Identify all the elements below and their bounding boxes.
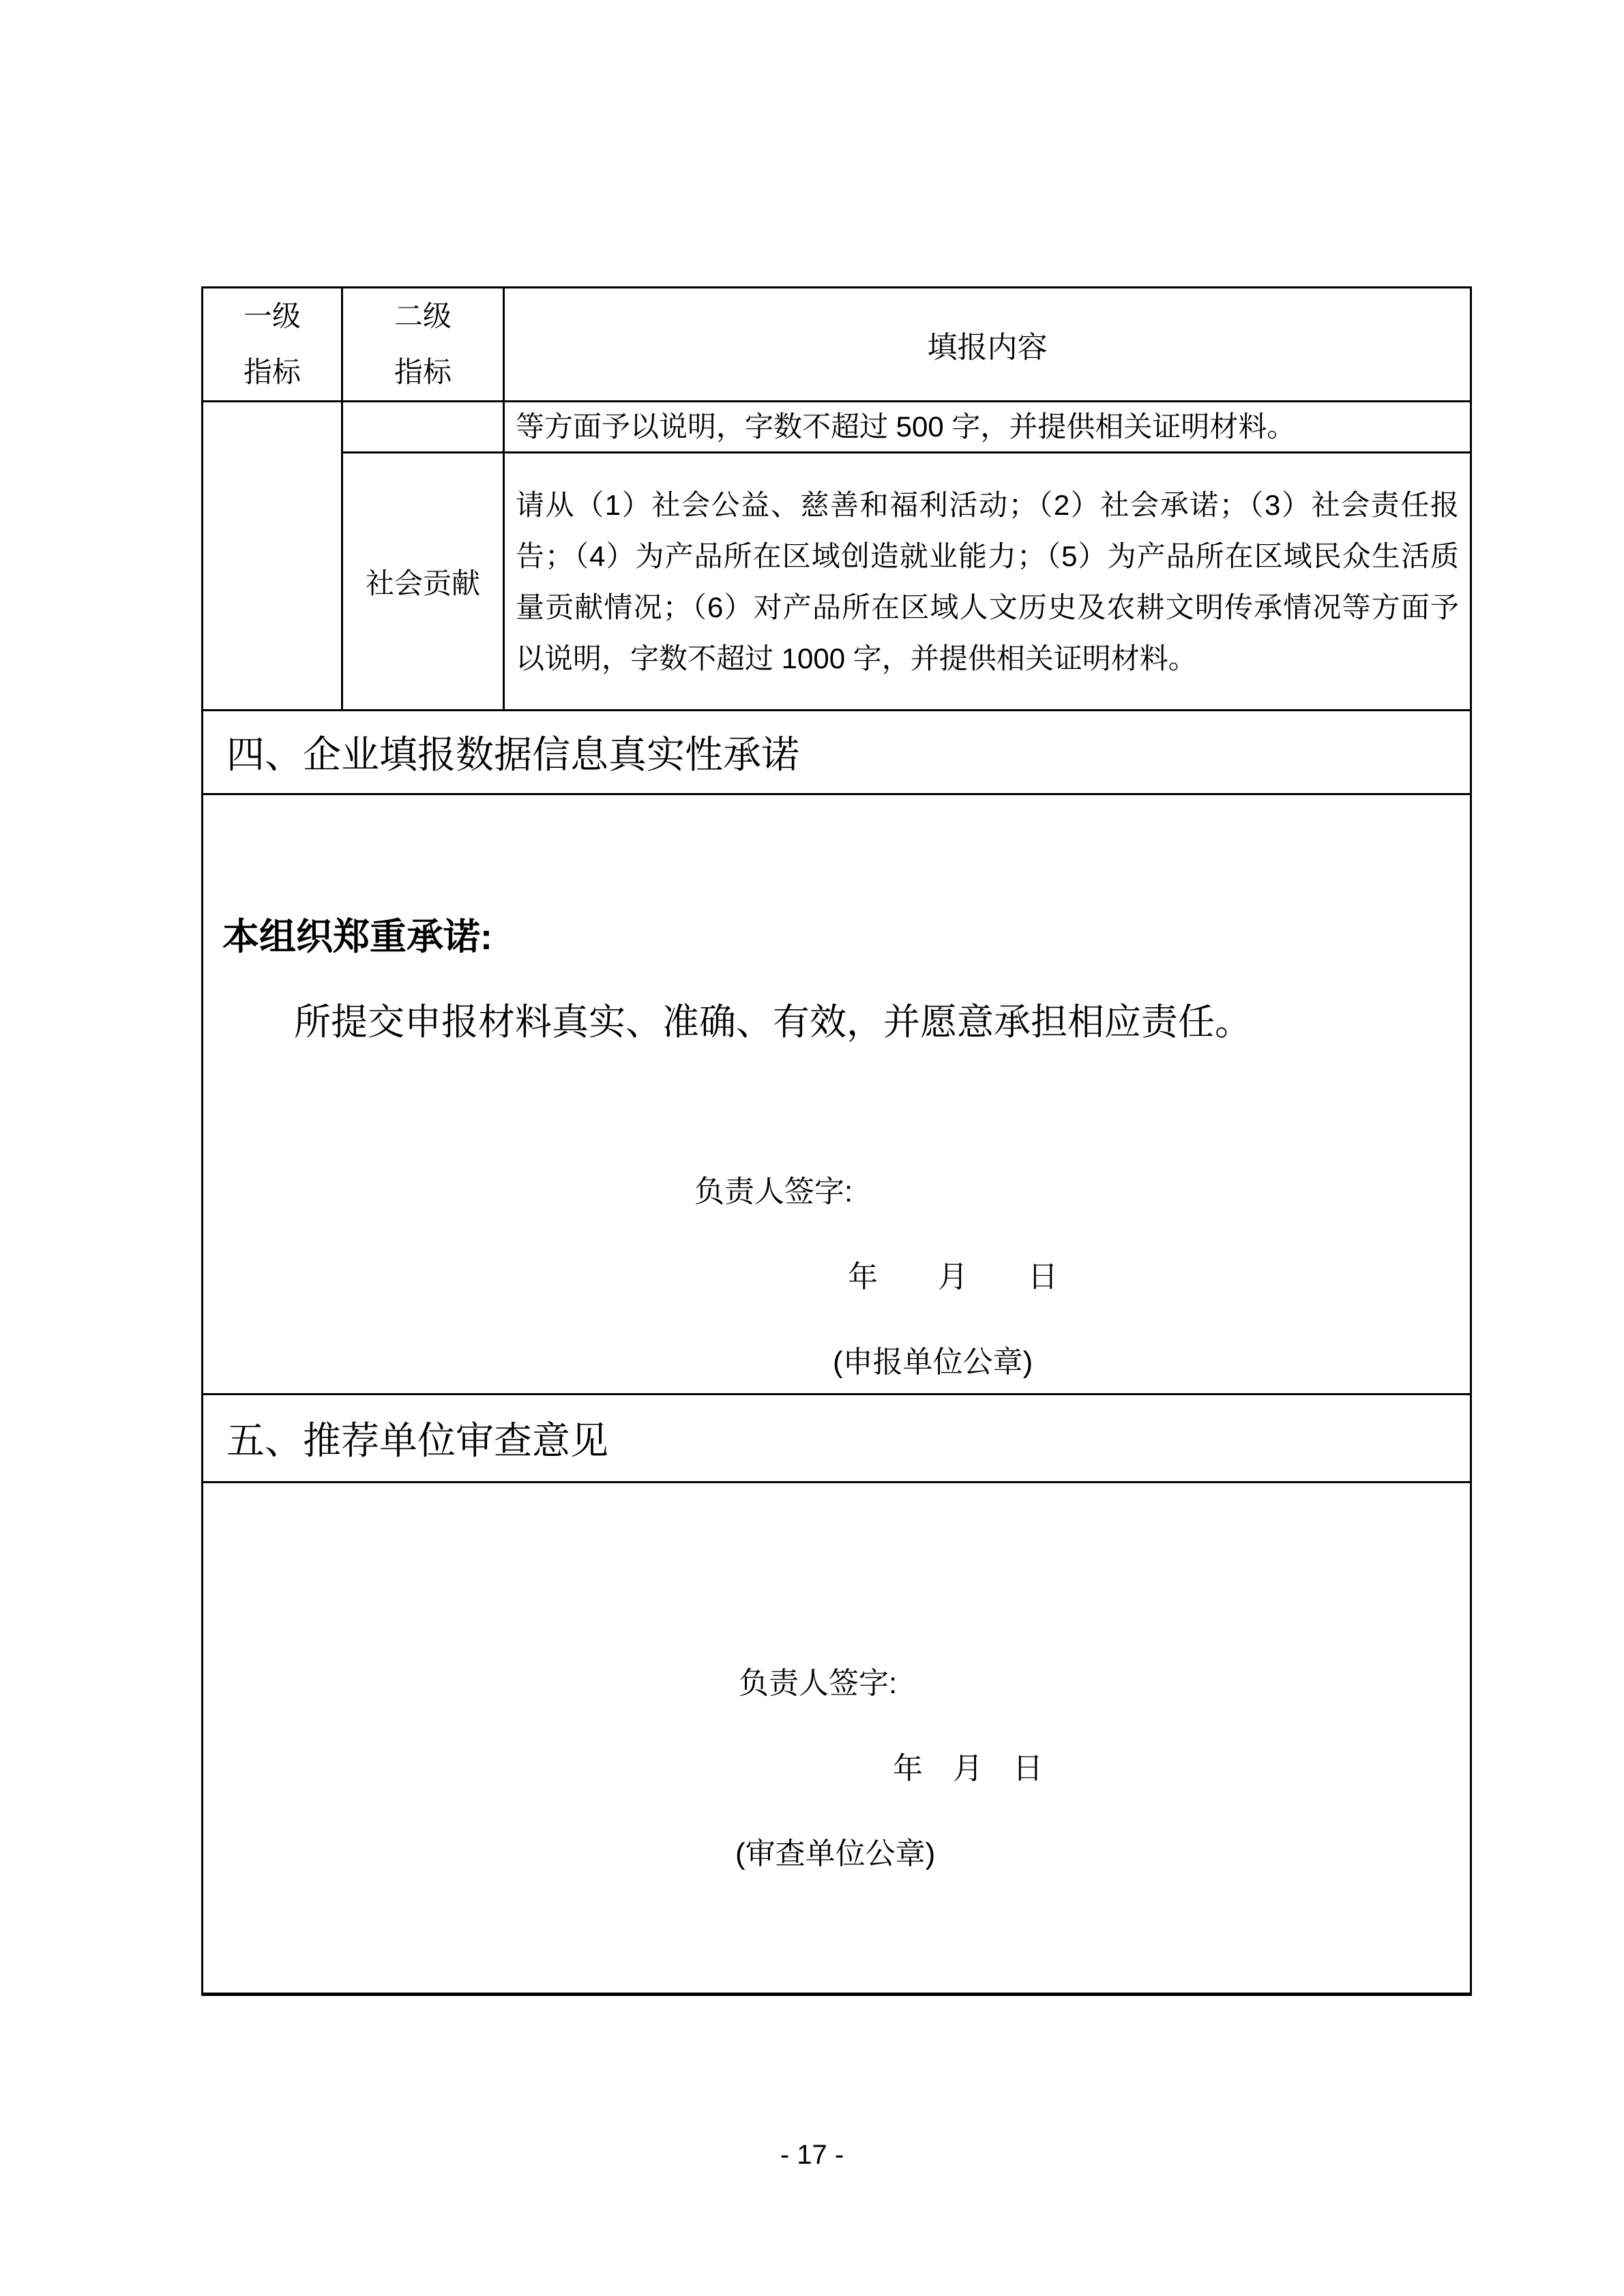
header-cell-level1: 一级 指标 — [203, 288, 342, 402]
header-level1-line1: 一级 — [203, 288, 341, 344]
header-content-label: 填报内容 — [505, 323, 1470, 366]
header-cell-level2: 二级 指标 — [342, 288, 504, 402]
promise-title: 本组织郑重承诺: — [222, 908, 492, 960]
section5-heading-row: 五、推荐单位审查意见 — [203, 1395, 1471, 1482]
signature-label: 负责人签字: — [694, 1167, 853, 1210]
content-cell: 等方面予以说明，字数不超过 500 字，并提供相关证明材料。 — [504, 402, 1471, 453]
date-line: 年 月 日 — [893, 1744, 1043, 1787]
section5-body-row: 负责人签字: 年 月 日 (审查单位公章) — [203, 1482, 1471, 1995]
content-cell: 请从（1）社会公益、慈善和福利活动；（2）社会承诺；（3）社会责任报告；（4）为… — [504, 453, 1471, 711]
table-row: 社会贡献 请从（1）社会公益、慈善和福利活动；（2）社会承诺；（3）社会责任报告… — [203, 453, 1471, 711]
section5-heading-cell: 五、推荐单位审查意见 — [203, 1395, 1471, 1482]
document-page: 一级 指标 二级 指标 填报内容 等方面予以说明，字数不超过 500 字，并提供… — [0, 0, 1624, 2296]
section5-heading: 五、推荐单位审查意见 — [203, 1411, 1470, 1465]
table-row: 等方面予以说明，字数不超过 500 字，并提供相关证明材料。 — [203, 402, 1471, 453]
page-number: - 17 - — [0, 2140, 1624, 2171]
empty-level2-cell — [342, 402, 504, 453]
section4-heading: 四、企业填报数据信息真实性承诺 — [203, 725, 1470, 779]
form-table: 一级 指标 二级 指标 填报内容 等方面予以说明，字数不超过 500 字，并提供… — [201, 286, 1472, 1996]
content-text-social-contribution: 请从（1）社会公益、慈善和福利活动；（2）社会承诺；（3）社会责任报告；（4）为… — [505, 478, 1470, 685]
date-line: 年 月 日 — [848, 1252, 1058, 1296]
seal-note: (审查单位公章) — [735, 1829, 935, 1873]
table-header-row: 一级 指标 二级 指标 填报内容 — [203, 288, 1471, 402]
header-cell-content: 填报内容 — [504, 288, 1471, 402]
signature-label: 负责人签字: — [739, 1658, 897, 1702]
header-level2-line2: 指标 — [343, 344, 503, 400]
section4-body-row: 本组织郑重承诺: 所提交申报材料真实、准确、有效，并愿意承担相应责任。 负责人签… — [203, 794, 1471, 1395]
header-level2-line1: 二级 — [343, 288, 503, 344]
empty-level1-cell — [203, 402, 342, 711]
content-text-continuation: 等方面予以说明，字数不超过 500 字，并提供相关证明材料。 — [505, 404, 1470, 449]
level2-cell-social-contribution: 社会贡献 — [342, 453, 504, 711]
seal-note: (申报单位公章) — [833, 1337, 1033, 1381]
promise-body: 所提交申报材料真实、准确、有效，并愿意承担相应责任。 — [294, 993, 1252, 1045]
header-level1-line2: 指标 — [203, 344, 341, 400]
section4-heading-cell: 四、企业填报数据信息真实性承诺 — [203, 711, 1471, 794]
section5-body-cell: 负责人签字: 年 月 日 (审查单位公章) — [203, 1482, 1471, 1995]
level2-label: 社会贡献 — [343, 561, 503, 602]
section4-body-cell: 本组织郑重承诺: 所提交申报材料真实、准确、有效，并愿意承担相应责任。 负责人签… — [203, 794, 1471, 1395]
section4-heading-row: 四、企业填报数据信息真实性承诺 — [203, 711, 1471, 794]
